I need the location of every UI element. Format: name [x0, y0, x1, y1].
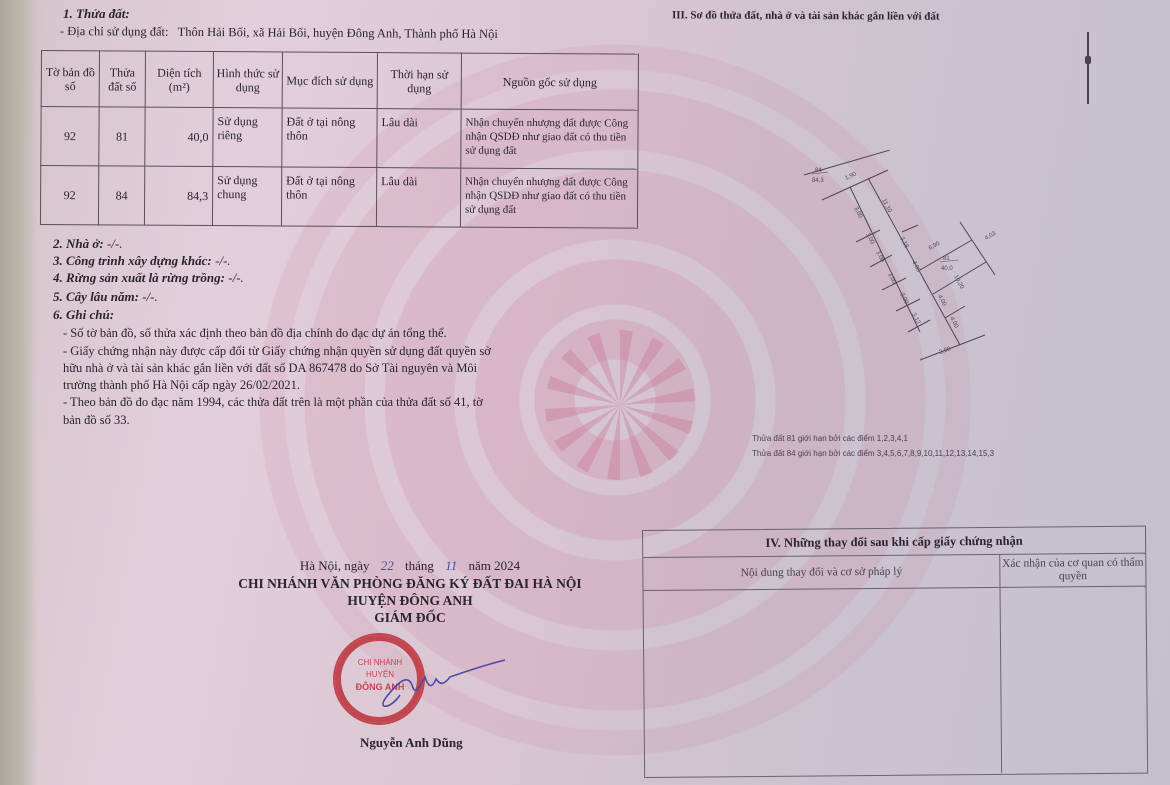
dimension-label: 3,00 — [898, 292, 909, 306]
item-value: -/-. — [228, 270, 244, 285]
cell-purpose: Đất ở tại nông thôn — [282, 108, 377, 168]
item-label: 2. Nhà ở: — [53, 236, 104, 251]
cell-origin: Nhận chuyển nhượng đất được Công nhận QS… — [460, 168, 637, 228]
plan-heading: III. Sơ đồ thửa đất, nhà ở và tài sản kh… — [672, 9, 940, 22]
land-table: Tờ bản đồ số Thửa đất số Diện tích (m²) … — [40, 50, 639, 229]
changes-confirmation-cell — [1001, 587, 1148, 773]
date-month: 11 — [445, 558, 457, 573]
cell-map-sheet: 92 — [41, 107, 99, 166]
item-forest: 4. Rừng sản xuất là rừng trồng: -/-. — [53, 270, 244, 286]
col-purpose: Mục đích sử dụng — [282, 52, 377, 109]
item-label: 4. Rừng sản xuất là rừng trồng: — [53, 270, 225, 285]
item-label: 3. Công trình xây dựng khác: — [53, 253, 212, 268]
dimension-label: 4,00 — [948, 316, 959, 330]
item-label: 5. Cây lâu năm: — [53, 289, 139, 304]
item-value: -/-. — [107, 236, 123, 251]
note-line: trường thành phố Hà Nội cấp ngày 26/02/2… — [63, 378, 300, 393]
col-origin: Nguồn gốc sử dụng — [461, 53, 638, 110]
cell-parcel: 84 — [98, 166, 144, 225]
note-line: hữu nhà ở và tài sản khác gắn liền với đ… — [63, 361, 477, 376]
dimension-label: 3,12 — [910, 312, 921, 326]
changes-header-row: Nội dung thay đổi và cơ sở pháp lý Xác n… — [643, 554, 1145, 591]
date-month-label: tháng — [405, 558, 434, 573]
signer-position: GIÁM ĐỐC — [220, 610, 600, 626]
org-line-1: CHI NHÁNH VĂN PHÒNG ĐĂNG KÝ ĐẤT ĐAI HÀ N… — [220, 576, 600, 592]
changes-body-row — [644, 587, 1148, 776]
parcel-81-area: 40,0 — [941, 266, 953, 272]
parcel-84-area: 84,3 — [812, 178, 824, 184]
table-row: 92 81 40,0 Sử dụng riêng Đất ở tại nông … — [41, 107, 638, 170]
address-label: - Địa chỉ sử dụng đất: — [60, 24, 169, 39]
org-line-2: HUYỆN ĐÔNG ANH — [220, 593, 600, 609]
col-area: Diện tích (m²) — [145, 51, 213, 107]
land-table-header: Tờ bản đồ số Thửa đất số Diện tích (m²) … — [41, 51, 638, 111]
north-arrow-icon — [1087, 32, 1089, 104]
dimension-label: 3,00 — [886, 272, 897, 286]
dimension-label: 1,90 — [844, 171, 858, 182]
cell-area: 40,0 — [145, 107, 213, 166]
col-term: Thời hạn sử dụng — [377, 53, 461, 110]
dimension-label: 3,00 — [852, 206, 863, 220]
table-row: 92 84 84,3 Sử dụng chung Đất ở tại nông … — [40, 166, 637, 229]
item-value: -/-. — [215, 253, 231, 268]
changes-col-confirmation: Xác nhận của cơ quan có thẩm quyền — [1000, 554, 1145, 587]
dimension-label: 3,00 — [864, 232, 875, 246]
cell-parcel: 81 — [99, 107, 145, 166]
address-value: Thôn Hải Bối, xã Hải Bối, huyện Đông Anh… — [178, 25, 498, 41]
cell-usage-form: Sử dụng riêng — [213, 108, 282, 167]
cell-term: Lâu dài — [376, 168, 460, 228]
item-house: 2. Nhà ở: -/-. — [53, 236, 122, 252]
land-address: - Địa chỉ sử dụng đất: Thôn Hải Bối, xã … — [60, 24, 498, 42]
notes-heading: 6. Ghi chú: — [53, 307, 114, 323]
cell-area: 84,3 — [144, 166, 212, 225]
dimension-label: 6,90 — [928, 240, 942, 251]
cell-origin: Nhận chuyển nhượng đất được Công nhận QS… — [461, 109, 638, 169]
note-line: bản đồ số 33. — [63, 413, 130, 428]
cell-term: Lâu dài — [377, 109, 461, 169]
legend-parcel-81: Thửa đất 81 giới hạn bởi các điểm 1,2,3,… — [752, 434, 908, 443]
dimension-label: 11,10 — [880, 198, 892, 214]
col-map-sheet: Tờ bản đồ số — [41, 51, 99, 107]
note-line: - Số tờ bản đồ, số thửa xác định theo bả… — [63, 326, 447, 341]
changes-content-cell — [644, 588, 1003, 776]
changes-col-content: Nội dung thay đổi và cơ sở pháp lý — [643, 555, 1000, 590]
item-value: -/-. — [142, 289, 158, 304]
date-day: 22 — [381, 558, 394, 573]
signature-scribble-icon — [370, 655, 510, 715]
legend-parcel-84: Thửa đất 84 giới hạn bởi các điểm 3,4,5,… — [752, 449, 994, 458]
date-prefix: Hà Nội, ngày — [300, 558, 370, 573]
item-perennial: 5. Cây lâu năm: -/-. — [53, 289, 158, 305]
col-parcel: Thửa đất số — [99, 51, 145, 107]
parcel-diagram: 84 84,3 81 40,0 1,90 11,10 3,00 3,00 3,0… — [790, 150, 1020, 370]
changes-table: IV. Những thay đổi sau khi cấp giấy chứn… — [642, 526, 1148, 778]
note-line: - Giấy chứng nhận này được cấp đổi từ Gi… — [63, 344, 491, 359]
dimension-label: 4,03 — [984, 230, 998, 241]
watermark-star-icon — [545, 330, 695, 480]
cell-usage-form: Sử dụng chung — [212, 167, 281, 226]
north-arrow-marker-icon — [1085, 56, 1091, 64]
date-year: năm 2024 — [468, 558, 520, 573]
dimension-label: 3,18 — [898, 236, 909, 250]
scan-left-edge — [0, 0, 38, 785]
note-line: - Theo bản đồ đo đạc năm 1994, các thửa … — [63, 395, 483, 410]
signer-name: Nguyễn Anh Dũng — [360, 735, 463, 751]
col-usage-form: Hình thức sử dụng — [213, 52, 282, 108]
dimension-label: 10,20 — [952, 274, 965, 291]
sign-date: Hà Nội, ngày 22 tháng 11 năm 2024 — [220, 558, 600, 574]
item-other-construction: 3. Công trình xây dựng khác: -/-. — [53, 253, 231, 269]
dimension-label: 2,00 — [939, 346, 953, 356]
dimension-label: 3,00 — [874, 250, 885, 264]
cell-map-sheet: 92 — [40, 166, 98, 225]
land-heading: 1. Thửa đất: — [63, 6, 130, 22]
cell-purpose: Đất ở tại nông thôn — [281, 167, 376, 227]
